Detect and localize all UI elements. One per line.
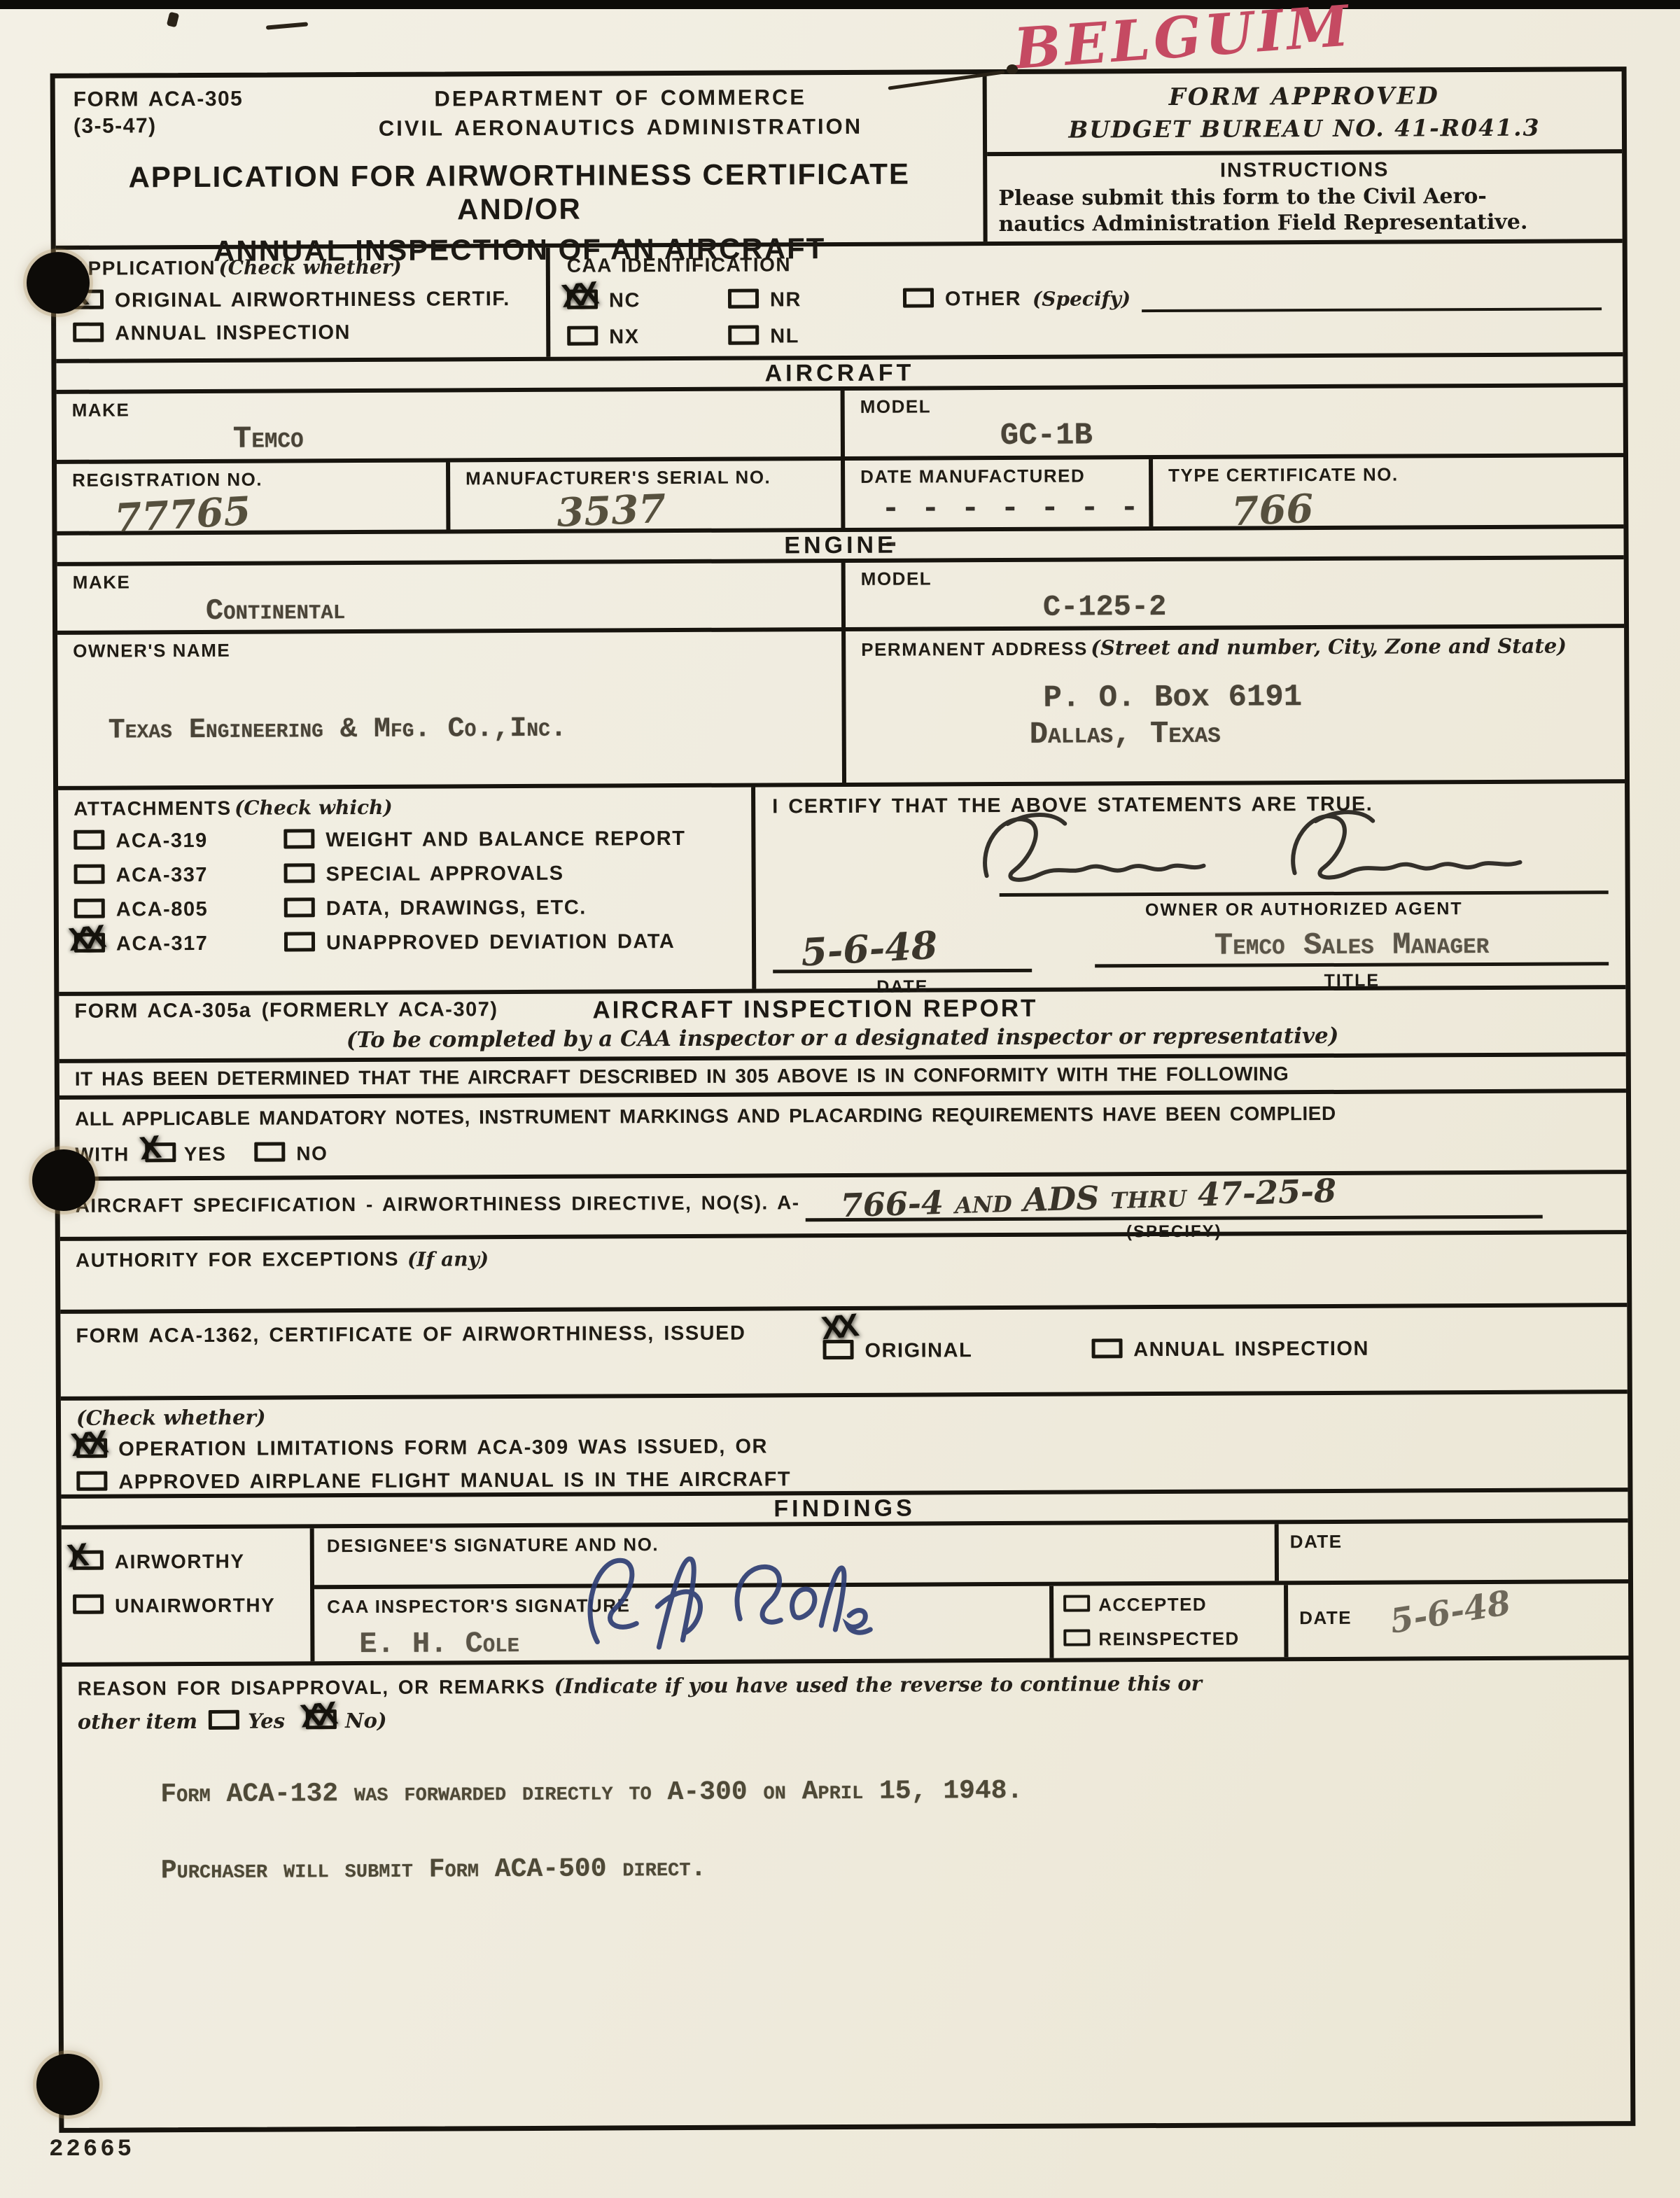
compliance-text: ALL APPLICABLE MANDATORY NOTES, INSTRUME… — [75, 1101, 1611, 1130]
option-label: UNAPPROVED DEVIATION DATA — [326, 930, 675, 955]
make-label: MAKE — [73, 568, 841, 594]
checkbox-issued-original: XX — [822, 1340, 853, 1363]
option-label: YES — [184, 1142, 227, 1165]
inspection-subtitle: (To be completed by a CAA inspector or a… — [75, 1022, 1611, 1054]
checkbox-icon — [1091, 1338, 1122, 1358]
checkbox-icon — [76, 1471, 107, 1491]
date-manufactured-label: DATE MANUFACTURED — [860, 465, 1149, 488]
option-label: NL — [770, 325, 799, 348]
option-label: No) — [345, 1709, 387, 1732]
remarks-hint1: (Indicate if you have used the reverse t… — [554, 1672, 1202, 1698]
accepted-cell: ACCEPTED REINSPECTED — [1049, 1585, 1284, 1658]
check-mark: XX — [299, 1696, 334, 1732]
administration-line: CIVIL AERONAUTICS ADMINISTRATION — [304, 113, 937, 141]
option-label: ACA-317 — [116, 932, 209, 956]
checkbox-flight-manual — [76, 1471, 107, 1494]
checkbox-icon — [1063, 1629, 1090, 1646]
checkbox-operation-limitations: XX — [76, 1438, 107, 1462]
option-label: ORIGINAL — [864, 1339, 972, 1363]
owner-signature — [965, 804, 1554, 897]
type-certificate-cell: TYPE CERTIFICATE NO. 766 — [1149, 457, 1623, 526]
application-hint: (Check whether) — [218, 255, 401, 279]
determination-text: IT HAS BEEN DETERMINED THAT THE AIRCRAFT… — [75, 1063, 1289, 1091]
inspection-title: AIRCRAFT INSPECTION REPORT — [592, 995, 1037, 1025]
checkbox-complied-no — [254, 1142, 285, 1165]
checkbox-reinspected — [1063, 1629, 1090, 1649]
checkbox-annual-inspection — [73, 323, 104, 346]
option-label: NR — [770, 288, 801, 311]
checkbox-icon — [728, 288, 759, 308]
pen-dot-mark — [1007, 64, 1018, 74]
registration-cell: REGISTRATION NO. 77765 — [57, 462, 446, 531]
engine-make-cell: MAKE Continental — [57, 563, 841, 631]
check-whether-row: (Check whether) XX OPERATION LIMITATIONS… — [61, 1394, 1628, 1499]
option-label: ACA-319 — [115, 829, 208, 853]
findings-right-area: DESIGNEE'S SIGNATURE AND NO. DATE CAA IN… — [310, 1522, 1629, 1661]
punch-hole — [36, 2054, 99, 2115]
checkbox-icon — [74, 899, 105, 918]
checkbox-icon — [73, 1595, 104, 1614]
header-right-cell: FORM APPROVED BUDGET BUREAU NO. 41-R041.… — [983, 71, 1623, 241]
address-line2: Dallas, Texas — [1030, 715, 1606, 752]
attachments-hint: (Check which) — [234, 796, 393, 820]
check-mark: XX — [67, 920, 102, 955]
inspection-form-number: FORM ACA-305a — [74, 1000, 251, 1023]
option-label: ANNUAL INSPECTION — [1133, 1338, 1369, 1361]
checkbox-nl — [728, 325, 759, 349]
option-label: REINSPECTED — [1098, 1628, 1240, 1651]
department-line: DEPARTMENT OF COMMERCE — [304, 84, 937, 112]
option-label: SPECIAL APPROVALS — [326, 862, 564, 886]
application-row: APPLICATION (Check whether) X ORIGINAL A… — [56, 243, 1623, 363]
form-number-block: FORM ACA-305 (3-5-47) — [73, 87, 304, 142]
option-label: NC — [609, 289, 640, 312]
owner-name-value: Texas Engineering & Mfg. Co.,Inc. — [108, 712, 842, 747]
check-mark: XX — [820, 1309, 855, 1345]
checkbox-airworthy: X — [73, 1550, 104, 1574]
model-label: MODEL — [861, 565, 1624, 590]
option-label: ANNUAL INSPECTION — [115, 321, 351, 345]
aircraft-model-cell: MODEL GC-1B — [841, 387, 1623, 456]
checkbox-icon — [254, 1142, 285, 1161]
date-manufactured-cell: DATE MANUFACTURED - - - - - - - - — [841, 459, 1149, 528]
checkbox-unapproved-deviation — [284, 932, 315, 955]
certification-title-block: Temco Sales Manager TITLE — [1095, 927, 1609, 996]
checkbox-unairworthy — [73, 1595, 104, 1618]
authority-hint: (If any) — [407, 1247, 489, 1308]
attachments-cell: ATTACHMENTS (Check which) ACA-319 ACA-33… — [58, 787, 752, 992]
spec-directive-row: AIRCRAFT SPECIFICATION - AIRWORTHINESS D… — [59, 1174, 1626, 1241]
inspector-signature — [573, 1540, 875, 1665]
checkbox-accepted — [1063, 1595, 1090, 1615]
owner-name-cell: OWNER'S NAME Texas Engineering & Mfg. Co… — [57, 631, 842, 786]
checkbox-icon — [728, 325, 759, 345]
checkbox-icon — [73, 830, 104, 850]
attachments-certify-row: ATTACHMENTS (Check which) ACA-319 ACA-33… — [58, 783, 1625, 996]
check-mark: XX — [69, 1425, 104, 1461]
check-mark: X — [65, 1539, 85, 1572]
checkbox-special-approvals — [284, 863, 315, 886]
checkbox-reverse-no: XX — [306, 1709, 337, 1732]
check-mark: XX — [560, 276, 595, 312]
other-specify-hint: (Specify) — [1032, 287, 1130, 311]
inspection-report-header: FORM ACA-305a (FORMERLY ACA-307) AIRCRAF… — [59, 989, 1625, 1063]
option-label: ACCEPTED — [1098, 1594, 1207, 1616]
model-label: MODEL — [860, 393, 1623, 418]
checkbox-nr — [728, 288, 759, 311]
compliance-row: ALL APPLICABLE MANDATORY NOTES, INSTRUME… — [59, 1093, 1626, 1181]
address-line1: P. O. Box 6191 — [1043, 678, 1606, 716]
designee-date-cell: DATE — [1275, 1522, 1628, 1581]
instructions-line2: nautics Administration Field Representat… — [998, 209, 1611, 237]
checkbox-icon — [284, 863, 315, 883]
option-label: NX — [609, 325, 639, 349]
findings-date-value: 5-6-48 — [1387, 1583, 1513, 1641]
option-label: OPERATION LIMITATIONS FORM ACA-309 WAS I… — [118, 1435, 768, 1461]
owner-name-label: OWNER'S NAME — [73, 637, 841, 662]
serial-cell: MANUFACTURER'S SERIAL NO. 3537 — [446, 461, 841, 529]
certificate-issued-row: FORM ACA-1362, CERTIFICATE OF AIRWORTHIN… — [60, 1307, 1627, 1401]
inspection-formerly: (FORMERLY ACA-307) — [262, 998, 498, 1021]
budget-bureau-line: BUDGET BUREAU NO. 41-R041.3 — [994, 113, 1615, 143]
option-label: ORIGINAL AIRWORTHINESS CERTIF. — [115, 288, 510, 312]
checkbox-icon — [903, 288, 934, 307]
spec-label: AIRCRAFT SPECIFICATION - AIRWORTHINESS D… — [76, 1191, 800, 1237]
caa-identification-cell: CAA IDENTIFICATION XX NC NR OTHER (Speci… — [546, 243, 1623, 357]
punch-hole — [32, 1149, 95, 1211]
instructions-line1: Please submit this form to the Civil Aer… — [998, 183, 1611, 211]
address-hint: (Street and number, City, Zone and State… — [1091, 633, 1567, 659]
header-left-cell: FORM ACA-305 (3-5-47) DEPARTMENT OF COMM… — [55, 74, 983, 246]
checkbox-aca-317: XX — [74, 933, 105, 956]
findings-table: X AIRWORTHY UNAIRWORTHY DESIGNEE'S SIGNA… — [62, 1522, 1629, 1667]
option-label: NO — [296, 1142, 328, 1165]
form-approved-box: FORM APPROVED BUDGET BUREAU NO. 41-R041.… — [987, 71, 1623, 156]
checkbox-data-drawings — [284, 897, 315, 920]
remarks-hint2: other item — [78, 1709, 197, 1734]
checkbox-nc: XX — [567, 289, 598, 312]
owner-row: OWNER'S NAME Texas Engineering & Mfg. Co… — [57, 628, 1625, 790]
option-label: WEIGHT AND BALANCE REPORT — [325, 827, 685, 852]
option-label: ACA-337 — [116, 864, 209, 888]
findings-date-cell: DATE 5-6-48 — [1284, 1583, 1628, 1657]
punch-hole — [27, 252, 90, 314]
authority-exceptions-row: AUTHORITY FOR EXCEPTIONS (If any) — [60, 1234, 1627, 1314]
checkbox-weight-balance — [283, 829, 314, 852]
instructions-box: INSTRUCTIONS Please submit this form to … — [987, 153, 1623, 241]
engine-model-cell: MODEL C-125-2 — [841, 559, 1624, 627]
checkbox-icon — [284, 932, 315, 951]
aircraft-registration-row: REGISTRATION NO. 77765 MANUFACTURER'S SE… — [57, 457, 1623, 535]
aircraft-model-value: GC-1B — [1000, 416, 1623, 454]
owner-address-cell: PERMANENT ADDRESS (Street and number, Ci… — [841, 628, 1625, 783]
authority-label: AUTHORITY FOR EXCEPTIONS — [76, 1248, 399, 1310]
date-label: DATE — [1290, 1529, 1628, 1553]
engine-model-value: C-125-2 — [1043, 588, 1624, 624]
instructions-title: INSTRUCTIONS — [998, 157, 1611, 183]
checkbox-complied-yes: X — [145, 1142, 176, 1165]
form-border: FORM ACA-305 (3-5-47) DEPARTMENT OF COMM… — [50, 66, 1636, 2133]
checkbox-icon — [283, 829, 314, 848]
check-mark: X — [137, 1130, 157, 1164]
owner-signature-caption: OWNER OR AUTHORIZED AGENT — [1000, 898, 1609, 921]
make-label: MAKE — [72, 396, 841, 421]
checkbox-icon — [284, 897, 315, 917]
checkbox-aca-337 — [74, 864, 105, 888]
certificate-label: FORM ACA-1362, CERTIFICATE OF AIRWORTHIN… — [76, 1322, 745, 1348]
title-caption: TITLE — [1095, 969, 1609, 992]
spec-blank: 766-4 and ADS thru 47-25-8 (SPECIFY) — [806, 1189, 1543, 1234]
header-row: FORM ACA-305 (3-5-47) DEPARTMENT OF COMM… — [55, 71, 1623, 250]
remarks-block: REASON FOR DISAPPROVAL, OR REMARKS (Indi… — [62, 1660, 1631, 2127]
certification-date-value: 5-6-48 — [800, 916, 1054, 974]
scan-edge-artifact — [0, 0, 1680, 9]
aircraft-make-value: Temco — [233, 419, 841, 457]
page-serial-number: 22665 — [49, 2136, 134, 2163]
remarks-line2: Purchaser will submit Form ACA-500 direc… — [161, 1849, 1609, 1886]
airworthy-cell: X AIRWORTHY UNAIRWORTHY — [62, 1528, 311, 1662]
certification-cell: I CERTIFY THAT THE ABOVE STATEMENTS ARE … — [751, 783, 1625, 988]
form-title-line1: APPLICATION FOR AIRWORTHINESS CERTIFICAT… — [73, 157, 965, 228]
check-whether-hint: (Check whether) — [76, 1399, 1627, 1430]
aircraft-make-cell: MAKE Temco — [57, 391, 841, 460]
checkbox-issued-annual — [1091, 1338, 1122, 1361]
address-label: PERMANENT ADDRESS — [861, 638, 1088, 659]
engine-make-model-row: MAKE Continental MODEL C-125-2 — [57, 559, 1624, 635]
option-label: UNAIRWORTHY — [115, 1594, 275, 1617]
checkbox-icon — [74, 864, 105, 884]
other-specify-blank — [1142, 282, 1602, 312]
certification-date-block: 5-6-48 DATE — [773, 923, 1053, 998]
certification-title-value: Temco Sales Manager — [1095, 927, 1609, 964]
form-revision: (3-5-47) — [73, 113, 304, 138]
ink-speck — [266, 22, 308, 29]
option-label: OTHER — [945, 287, 1021, 310]
attachments-label: ATTACHMENTS — [73, 797, 232, 820]
checkbox-icon — [73, 323, 104, 342]
checkbox-icon — [1063, 1595, 1090, 1611]
engine-make-value: Continental — [206, 591, 841, 628]
remarks-line1: Form ACA-132 was forwarded directly to A… — [160, 1773, 1608, 1809]
checkbox-icon — [209, 1709, 239, 1729]
checkbox-nx — [567, 326, 598, 349]
application-label: APPLICATION — [73, 257, 216, 279]
aircraft-make-model-row: MAKE Temco MODEL GC-1B — [57, 387, 1623, 464]
checkbox-other — [903, 288, 934, 311]
ink-speck — [167, 12, 179, 28]
application-cell: APPLICATION (Check whether) X ORIGINAL A… — [56, 248, 547, 359]
checkbox-icon — [567, 326, 598, 346]
checkbox-aca-319 — [73, 830, 104, 853]
form-approved-line1: FORM APPROVED — [994, 81, 1615, 112]
caa-identification-label: CAA IDENTIFICATION — [567, 250, 1602, 276]
option-label: AIRWORTHY — [115, 1550, 245, 1573]
date-label: DATE — [1299, 1607, 1352, 1628]
scanned-form-page: BELGUIM FORM ACA-305 (3-5-47) DEPARTMENT… — [0, 0, 1680, 2198]
option-label: ACA-805 — [116, 898, 209, 922]
option-label: APPROVED AIRPLANE FLIGHT MANUAL IS IN TH… — [118, 1468, 791, 1494]
option-label: Yes — [248, 1709, 285, 1732]
form-number: FORM ACA-305 — [73, 87, 304, 111]
remarks-label: REASON FOR DISAPPROVAL, OR REMARKS — [78, 1676, 546, 1700]
option-label: DATA, DRAWINGS, ETC. — [326, 897, 587, 921]
checkbox-reverse-yes — [209, 1709, 239, 1732]
